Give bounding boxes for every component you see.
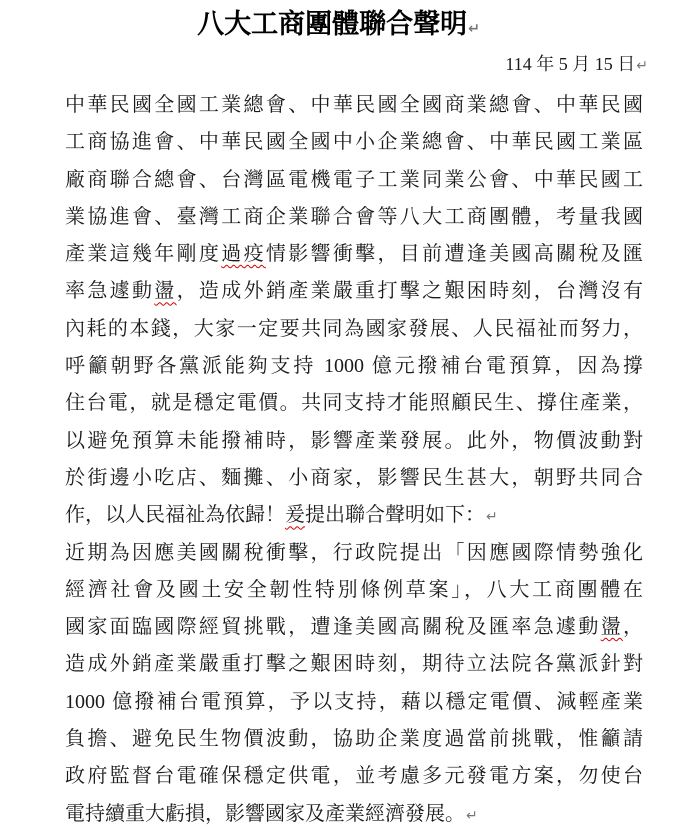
body-line: 近期為因應美國關稅衝擊，行政院提出「因應國際情勢強化 (65, 535, 643, 572)
date-row: 114 年 5 月 15 日↵ (0, 50, 648, 81)
paragraph-mark-icon: ↵ (635, 58, 648, 74)
body-text: 作，以人民福祉為依歸！ (65, 504, 285, 526)
body-text: 業協進會、臺灣工商企業聯合會等八大工商團體，考量我國 (65, 206, 643, 228)
body-line: 政府監督台電確保穩定供電，並考慮多元發電方案，勿使台 (65, 758, 643, 795)
spell-error-text: 爰 (285, 504, 305, 526)
body-text: 中華民國全國工業總會、中華民國全國商業總會、中華民國 (65, 94, 643, 116)
body-text: 呼籲朝野各黨派能夠支持 1000 億元撥補台電預算，因為撐 (65, 355, 643, 377)
body-line: 電持續重大虧損，影響國家及產業經濟發展。↵ (65, 796, 643, 833)
body-line: 國家面臨國際經貿挑戰，遭逢美國高關稅及匯率急遽動盪， (65, 609, 643, 646)
document-date: 114 年 5 月 15 日 (505, 54, 635, 74)
body-text: 情影響衝擊，目前遭逢美國高關稅及匯 (266, 243, 643, 265)
body-line: 廠商聯合總會、台灣區電機電子工業同業公會、中華民國工 (65, 162, 643, 199)
body-text: 政府監督台電確保穩定供電，並考慮多元發電方案，勿使台 (65, 765, 643, 787)
body-text: ，造成外銷產業嚴重打擊之艱困時刻，台灣沒有 (177, 280, 643, 302)
body-text: 產業這幾年剛度 (65, 243, 221, 265)
body-text: 造成外銷產業嚴重打擊之艱困時刻，期待立法院各黨派針對 (65, 653, 643, 675)
body-line: 工商協進會、中華民國全國中小企業總會、中華民國工業區 (65, 124, 643, 161)
body-line: 經濟社會及國土安全韌性特別條例草案」，八大工商團體在 (65, 572, 643, 609)
body-line: 率急遽動盪，造成外銷產業嚴重打擊之艱困時刻，台灣沒有 (65, 273, 643, 310)
body-line: 造成外銷產業嚴重打擊之艱困時刻，期待立法院各黨派針對 (65, 646, 643, 683)
body-line: 呼籲朝野各黨派能夠支持 1000 億元撥補台電預算，因為撐 (65, 348, 643, 385)
body-text: 廠商聯合總會、台灣區電機電子工業同業公會、中華民國工 (65, 169, 643, 191)
body-text: 率急遽動 (65, 280, 154, 302)
body-line: 內耗的本錢，大家一定要共同為國家發展、人民福祉而努力， (65, 311, 643, 348)
body-text: 負擔、避免民生物價波動，協助企業度過當前挑戰，惟籲請 (65, 728, 643, 750)
body-line: 作，以人民福祉為依歸！爰提出聯合聲明如下：↵ (65, 497, 643, 534)
body-text: 電持續重大虧損，影響國家及產業經濟發展。 (65, 803, 465, 825)
body-text: 提出聯合聲明如下： (305, 504, 485, 526)
paragraph-mark-icon: ↵ (465, 808, 478, 824)
body-line: 住台電，就是穩定電價。共同支持才能照顧民生、撐住產業， (65, 385, 643, 422)
body-line: 於街邊小吃店、麵攤、小商家，影響民生甚大，朝野共同合 (65, 460, 643, 497)
body-text: 國家面臨國際經貿挑戰，遭逢美國高關稅及匯率急遽動 (65, 616, 601, 638)
body-line: 負擔、避免民生物價波動，協助企業度過當前挑戰，惟籲請 (65, 721, 643, 758)
spell-error-text: 盪 (601, 616, 623, 638)
document-page: 八大工商團體聯合聲明↵ 114 年 5 月 15 日↵ 中華民國全國工業總會、中… (0, 0, 677, 840)
document-body: 中華民國全國工業總會、中華民國全國商業總會、中華民國工商協進會、中華民國全國中小… (65, 87, 643, 833)
body-line: 中華民國全國工業總會、中華民國全國商業總會、中華民國 (65, 87, 643, 124)
body-text: 住台電，就是穩定電價。共同支持才能照顧民生、撐住產業， (65, 392, 643, 414)
body-text: 近期為因應美國關稅衝擊，行政院提出「因應國際情勢強化 (65, 542, 643, 564)
paragraph-mark-icon: ↵ (485, 509, 498, 525)
paragraph-mark-icon: ↵ (467, 21, 480, 37)
body-text: 以避免預算未能撥補時，影響產業發展。此外，物價波動對 (65, 430, 643, 452)
document-title: 八大工商團體聯合聲明 (197, 9, 467, 39)
spell-error-text: 過疫 (221, 243, 266, 265)
spell-error-text: 盪 (154, 280, 176, 302)
body-text: 1000 億撥補台電預算，予以支持，藉以穩定電價、減輕產業 (65, 691, 643, 713)
body-line: 以避免預算未能撥補時，影響產業發展。此外，物價波動對 (65, 423, 643, 460)
body-line: 1000 億撥補台電預算，予以支持，藉以穩定電價、減輕產業 (65, 684, 643, 721)
body-text: 工商協進會、中華民國全國中小企業總會、中華民國工業區 (65, 131, 643, 153)
body-text: 內耗的本錢，大家一定要共同為國家發展、人民福祉而努力， (65, 318, 643, 340)
body-line: 業協進會、臺灣工商企業聯合會等八大工商團體，考量我國 (65, 199, 643, 236)
body-text: 於街邊小吃店、麵攤、小商家，影響民生甚大，朝野共同合 (65, 467, 643, 489)
title-row: 八大工商團體聯合聲明↵ (0, 0, 677, 48)
body-text: ， (623, 616, 643, 638)
body-line: 產業這幾年剛度過疫情影響衝擊，目前遭逢美國高關稅及匯 (65, 236, 643, 273)
body-text: 經濟社會及國土安全韌性特別條例草案」，八大工商團體在 (65, 579, 643, 601)
